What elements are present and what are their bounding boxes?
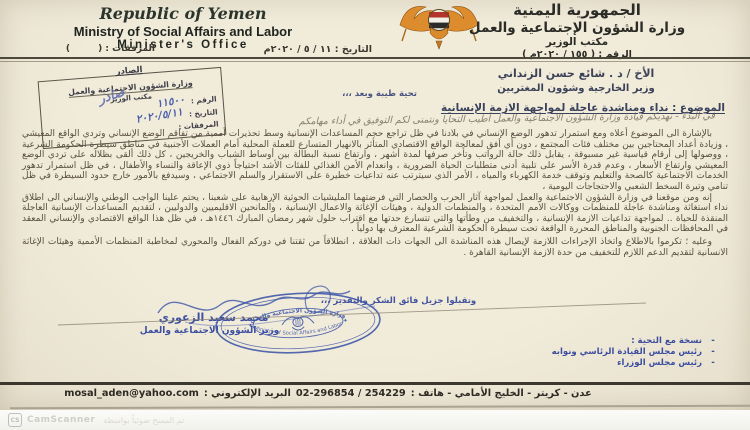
- office-name-ar: مكتب الوزير: [432, 36, 722, 48]
- seal-star-right: ✦: [343, 317, 348, 324]
- attachments-field: المرفقات : ( ): [5, 44, 155, 54]
- addressee-block: الأخ / د . شائع حسن الزنداني وزير الخارج…: [430, 67, 722, 94]
- paper-bottom-edge: [10, 405, 750, 409]
- country-name-ar: الجمهورية اليمنية: [432, 1, 722, 19]
- footer-divider: [0, 382, 750, 385]
- date-field: التاريخ : ١١ / ٥ / ٢٠٢٠م: [252, 44, 372, 55]
- seal-star-left: ✦: [248, 322, 253, 329]
- letter-paper: Republic of Yemen Ministry of Social Aff…: [0, 0, 750, 410]
- header-divider-thick: [0, 57, 750, 59]
- letter-body: بالإشارة الى الموضوع أعلاه ومع استمرار ت…: [22, 129, 728, 258]
- body-paragraph-3: وعليه ؛ تكرموا بالاطلاع واتخاذ الإجراءات…: [22, 237, 728, 258]
- cc-title-dash: -: [708, 336, 718, 347]
- addressee-name: الأخ / د . شائع حسن الزنداني: [430, 67, 722, 80]
- cc-item-dash: -: [708, 358, 718, 369]
- scanner-strip: CS CamScanner تم المسح ضوئياً بواسطة: [0, 410, 750, 430]
- body-paragraph-1: بالإشارة الى الموضوع أعلاه ومع استمرار ت…: [22, 129, 728, 193]
- camscanner-watermark: CamScanner: [27, 415, 95, 425]
- cc-item: رئيس مجلس الوزراء: [617, 358, 702, 369]
- header-divider-thin: [0, 61, 750, 62]
- addressee-title: وزير الخارجية وشؤون المغتربين: [430, 83, 722, 94]
- cc-title: نسخة مع التحية :: [631, 336, 702, 347]
- cc-item-dash: -: [708, 347, 718, 358]
- footer-contact-line: عدن - كريتر - الخليج الأمامي - هاتف : 02…: [8, 388, 648, 399]
- country-name-en: Republic of Yemen: [16, 4, 350, 23]
- footer-email-address: mosal_aden@yahoo.com: [64, 388, 199, 399]
- scanned-letter-page: Republic of Yemen Ministry of Social Aff…: [0, 0, 750, 430]
- cc-block: - نسخة مع التحية : - رئيس مجلس القيادة ا…: [450, 336, 718, 370]
- ministry-name-en: Ministry of Social Affairs and Labor: [16, 24, 350, 39]
- footer-address-phone-label: عدن - كريتر - الخليج الأمامي - هاتف :: [411, 388, 592, 399]
- ministry-name-ar: وزارة الشؤون الإجتماعية والعمل: [432, 20, 722, 36]
- greeting-line: تحية طيبة وبعد ،،،: [322, 89, 437, 99]
- letterhead-arabic: الجمهورية اليمنية وزارة الشؤون الإجتماعي…: [432, 1, 722, 60]
- footer-email-label: البريد الإلكتروني :: [204, 388, 291, 399]
- outgoing-ref-label: الرقم :: [191, 94, 217, 105]
- ministry-seal: وزارة الشؤون الاجتماعية والعمل Ministry …: [210, 287, 385, 360]
- body-paragraph-2: إنه ومن موقعنا في وزارة الشؤون الاجتماعي…: [22, 193, 728, 235]
- seal-center-emblem: [282, 316, 315, 331]
- camscanner-note: تم المسح ضوئياً بواسطة: [103, 416, 184, 425]
- cc-item: رئيس مجلس القيادة الرئاسي ونوابه: [552, 347, 702, 358]
- footer-phone-numbers: 02-296854 / 254229: [296, 388, 406, 399]
- camscanner-logo-icon: CS: [8, 413, 22, 427]
